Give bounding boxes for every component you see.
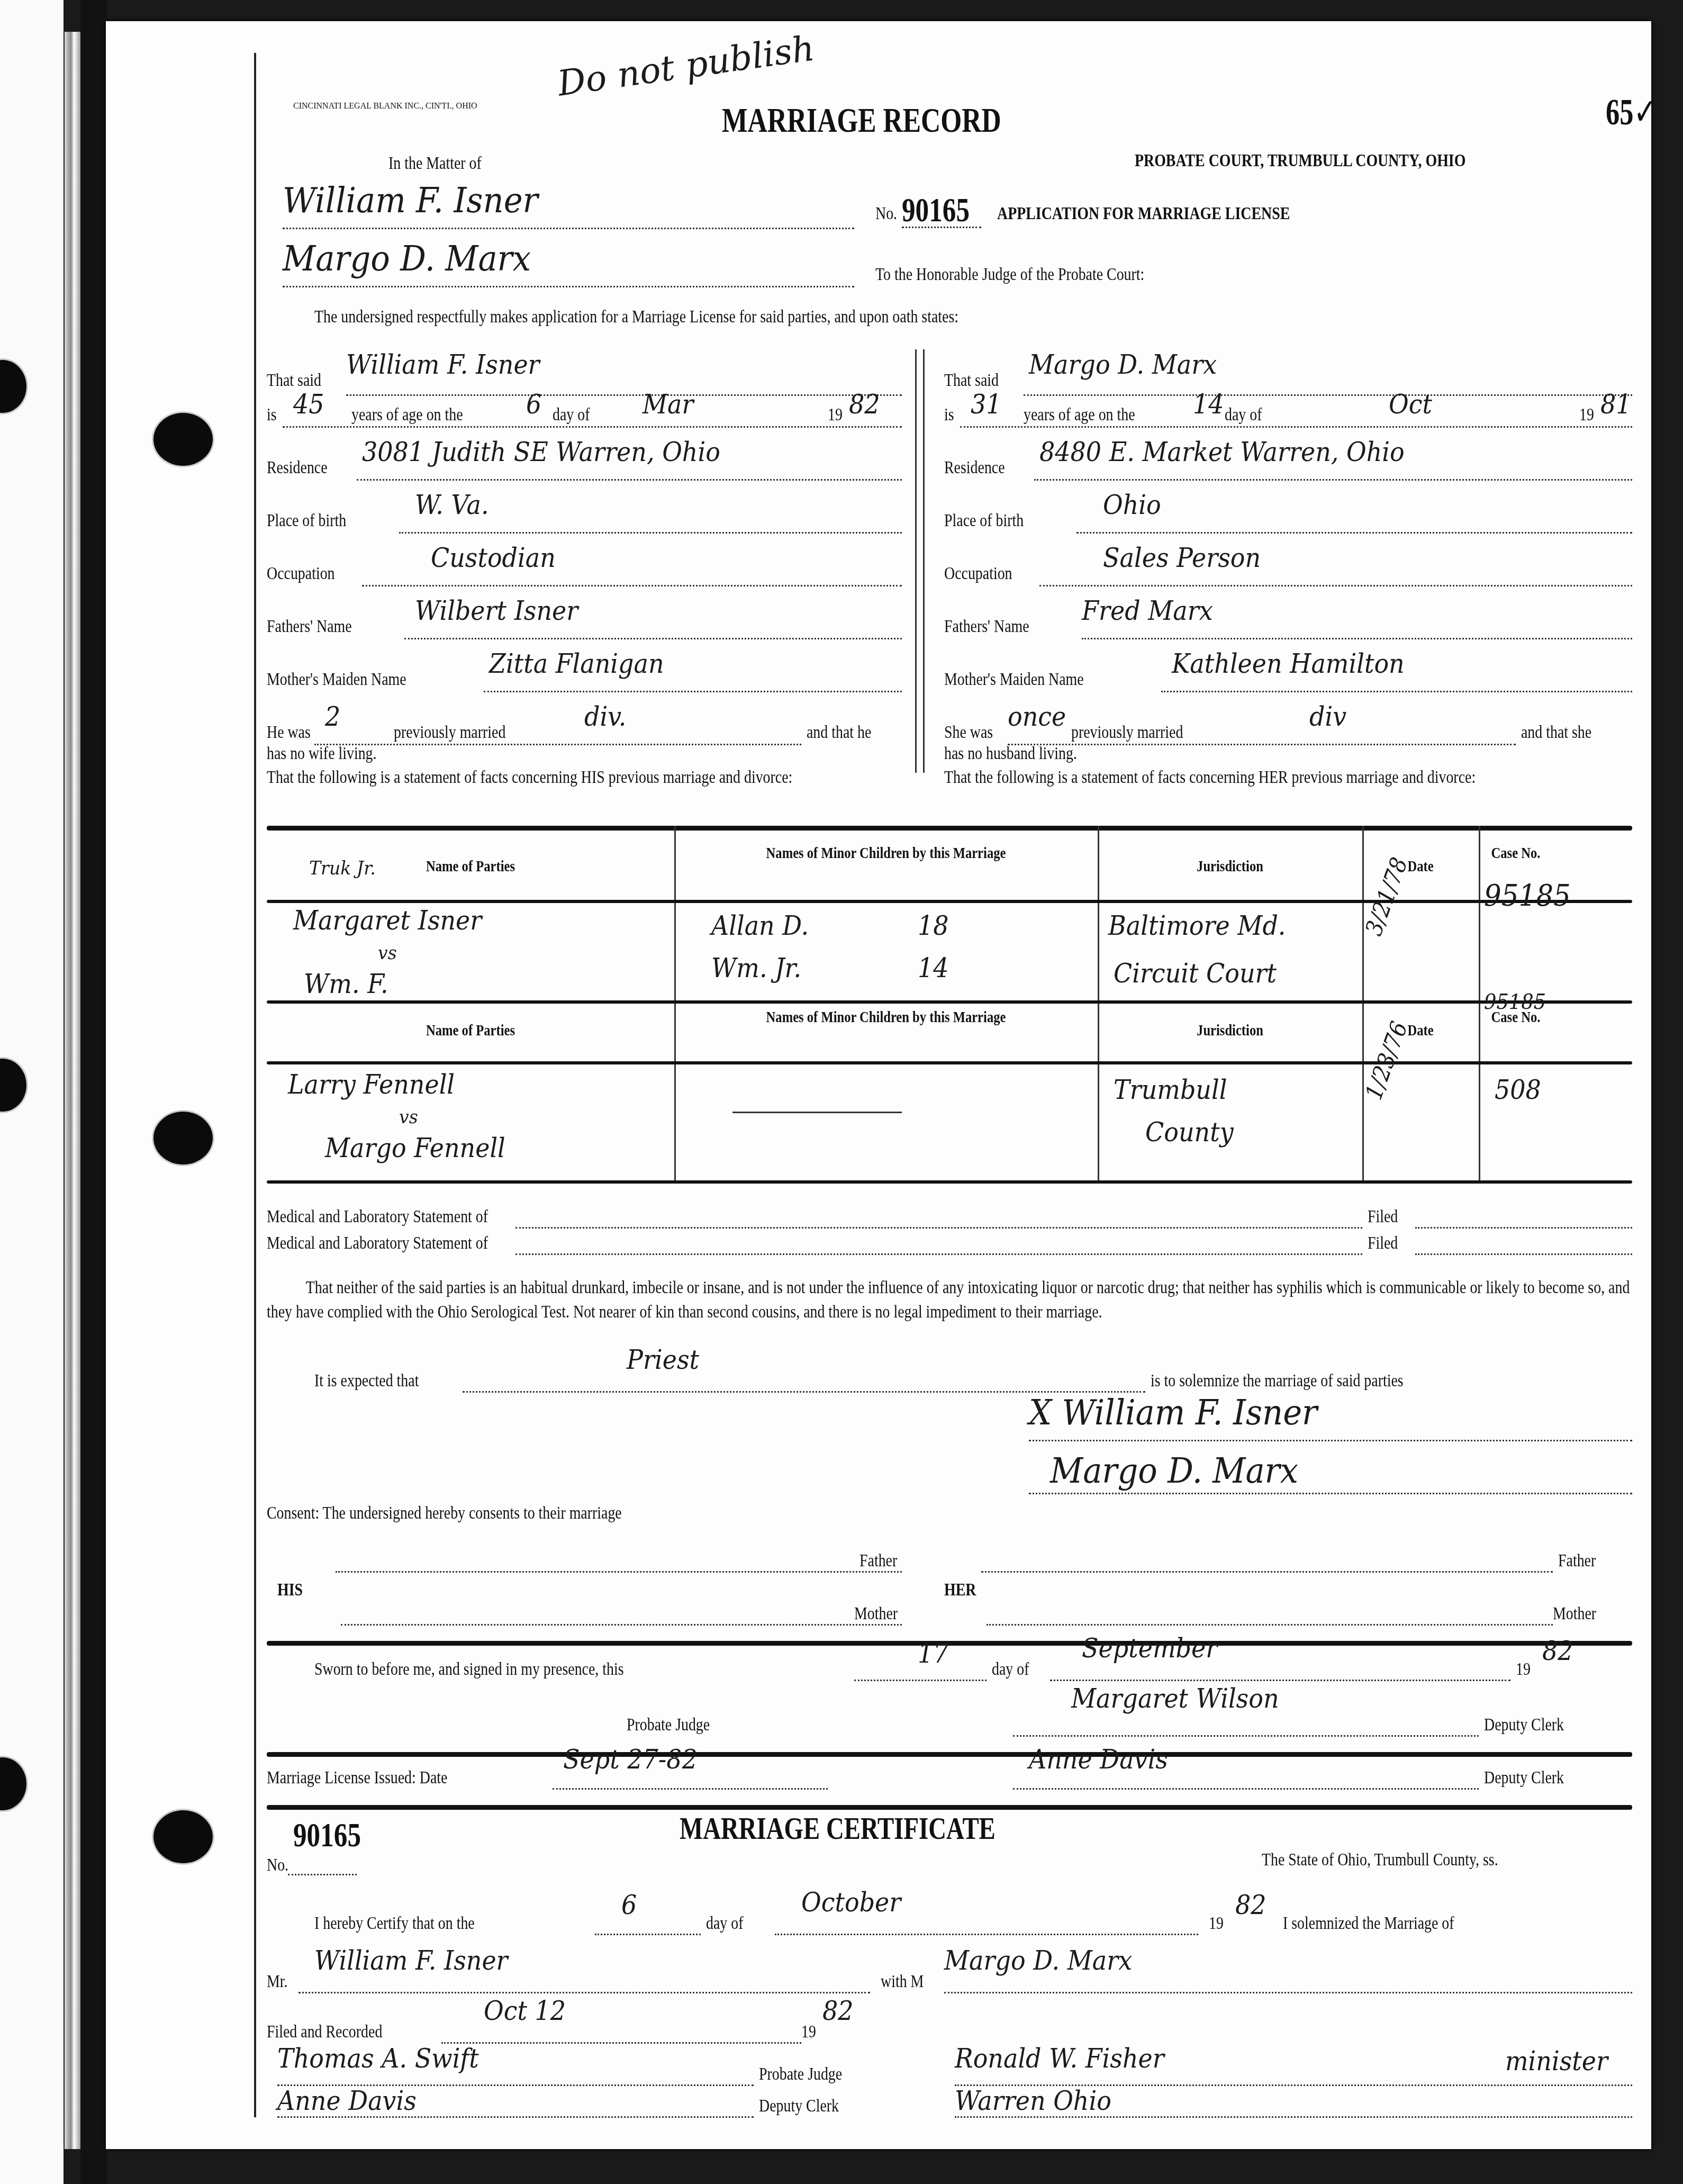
officiant-signature: Ronald W. Fisher [955, 2043, 1164, 2074]
residence-label: Residence [267, 458, 328, 478]
bride-signature: Margo D. Marx [1050, 1450, 1298, 1491]
page-number: 65✓ [1606, 90, 1657, 134]
matter-party-bride: Margo D. Marx [283, 238, 531, 279]
printer-imprint: CINCINNATI LEGAL BLANK INC., CIN'TI., OH… [293, 102, 477, 111]
license-issued-date: Sept 27-82 [563, 1744, 698, 1775]
probate-judge-label: Probate Judge [627, 1715, 710, 1735]
sworn-month: September [1082, 1633, 1217, 1664]
filed-label: Filed [1368, 1207, 1398, 1227]
col-header-minor-children: Names of Minor Children by this Marriage [712, 844, 1060, 862]
marriage-record-page: CINCINNATI LEGAL BLANK INC., CIN'TI., OH… [106, 21, 1651, 2149]
binder-hole [0, 360, 26, 413]
solemnize-prefix: It is expected that [314, 1371, 419, 1391]
no-wife-living: has no wife living. [267, 744, 377, 764]
deputy-clerk-label: Deputy Clerk [1484, 1768, 1564, 1788]
court-name: PROBATE COURT, TRUMBULL COUNTY, OHIO [1135, 151, 1465, 171]
filed-recorded-label: Filed and Recorded [267, 2022, 382, 2042]
certificate-day: 6 [621, 1890, 637, 1920]
solemnize-suffix: is to solemnize the marriage of said par… [1151, 1371, 1404, 1391]
sworn-deputy-clerk-signature: Margaret Wilson [1071, 1683, 1279, 1714]
fathers-name-label: Fathers' Name [944, 617, 1029, 637]
her-statement-heading: That the following is a statement of fac… [944, 768, 1630, 788]
bride-birth-month: Oct [1389, 389, 1432, 420]
is-label: is [267, 405, 277, 425]
his-statement-heading: That the following is a statement of fac… [267, 768, 896, 788]
application-intro: The undersigned respectfully makes appli… [314, 307, 958, 327]
certify-suffix: I solemnized the Marriage of [1283, 1914, 1454, 1934]
col-header-jurisdiction: Jurisdiction [1121, 1022, 1338, 1040]
previously-married-label: previously married [394, 723, 505, 743]
day-of-label: day of [706, 1914, 743, 1934]
col-header-minor-children: Names of Minor Children by this Marriage [712, 1008, 1060, 1026]
filed-label: Filed [1368, 1233, 1398, 1253]
is-label: is [944, 405, 954, 425]
page-title: MARRIAGE RECORD [722, 101, 1001, 141]
certificate-number: 90165 [293, 1816, 361, 1855]
year-prefix: 19 [1579, 405, 1594, 425]
child-name: Allan D. [711, 910, 809, 941]
his-divorce-date: 3/21/78 [1360, 854, 1413, 939]
sworn-day: 17 [918, 1638, 949, 1669]
bride-year: 81 [1600, 389, 1632, 420]
vs-label: vs [378, 942, 397, 964]
no-husband-living: has no husband living. [944, 744, 1077, 764]
day-of-label: day of [553, 405, 590, 425]
vs-label: vs [399, 1106, 418, 1128]
groom-name: William F. Isner [346, 349, 540, 380]
her-father-label: Father [1558, 1551, 1596, 1571]
officiant-title: minister [1505, 2046, 1608, 2077]
margin-note: Truk Jr. [309, 858, 376, 879]
groom-fathers-name: Wilbert Isner [415, 595, 578, 626]
groom-mothers-maiden-name: Zitta Flanigan [489, 648, 664, 679]
oath-text: That neither of the said parties is an h… [267, 1276, 1634, 1324]
sworn-prefix: Sworn to before me, and signed in my pre… [314, 1659, 624, 1680]
groom-occupation: Custodian [431, 543, 556, 573]
bride-name: Margo D. Marx [1029, 349, 1217, 380]
case-no-overwrite: 95185 [1484, 990, 1546, 1014]
col-header-jurisdiction: Jurisdiction [1121, 858, 1338, 876]
page-number-value: 65 [1606, 92, 1634, 133]
his-jurisdiction: Baltimore Md. [1108, 910, 1286, 941]
his-party-1: Margaret Isner [293, 905, 482, 936]
her-jurisdiction: Trumbull [1114, 1075, 1227, 1105]
her-case-no: 508 [1495, 1075, 1541, 1105]
mothers-maiden-name-label: Mother's Maiden Name [944, 670, 1084, 690]
mr-label: Mr. [267, 1972, 288, 1992]
his-father-label: Father [859, 1551, 897, 1571]
officiant-location: Warren Ohio [955, 2086, 1111, 2116]
bride-age: 31 [971, 389, 1002, 420]
col-header-case-no: Case No. [1486, 844, 1546, 862]
bride-fathers-name: Fred Marx [1082, 595, 1213, 626]
filed-recorded-date: Oct 12 [484, 1996, 566, 2026]
groom-signature: X William F. Isner [1029, 1392, 1317, 1433]
groom-age: 45 [293, 389, 324, 420]
occupation-label: Occupation [267, 564, 335, 584]
license-issued-label: Marriage License Issued: Date [267, 1768, 447, 1788]
do-not-publish-annotation: Do not publish [555, 28, 817, 104]
that-said-label: That said [267, 371, 321, 391]
that-said-label: That said [944, 371, 999, 391]
bride-birth-day: 14 [1193, 389, 1224, 420]
bride-occupation: Sales Person [1103, 543, 1261, 573]
groom-residence: 3081 Judith SE Warren, Ohio [362, 437, 720, 467]
with-label: with M [881, 1972, 924, 1992]
binder-hole [153, 413, 213, 466]
her-divorce-date: 1/23/76 [1360, 1018, 1413, 1103]
col-header-name-of-parties: Name of Parties [303, 1022, 637, 1040]
certificate-jurisdiction: The State of Ohio, Trumbull County, ss. [1262, 1850, 1498, 1870]
place-of-birth-label: Place of birth [267, 511, 346, 531]
addressee: To the Honorable Judge of the Probate Co… [875, 265, 1144, 285]
previous-page-edge [0, 0, 64, 2184]
bride-place-of-birth: Ohio [1103, 490, 1161, 520]
certificate-groom: William F. Isner [314, 1945, 508, 1976]
probate-judge-label: Probate Judge [759, 2064, 842, 2084]
certify-prefix: I hereby Certify that on the [314, 1914, 475, 1934]
he-was-label: He was [267, 723, 311, 743]
form-body: CINCINNATI LEGAL BLANK INC., CIN'TI., OH… [254, 53, 1643, 2117]
expected-officiant: Priest [627, 1344, 699, 1375]
his-case-no: 95185 [1484, 879, 1571, 913]
column-divider [915, 349, 925, 773]
binder-spine [80, 0, 107, 2184]
year-prefix: 19 [828, 405, 843, 425]
day-of-label: day of [1225, 405, 1262, 425]
child-age: 14 [918, 953, 949, 983]
record-number: 90165 [902, 191, 970, 230]
bride-times-married: once [1008, 701, 1066, 732]
certificate-deputy-clerk-signature: Anne Davis [277, 2086, 417, 2116]
her-party-1: Larry Fennell [288, 1069, 455, 1100]
matter-party-groom: William F. Isner [283, 180, 538, 221]
groom-times-married: 2 [325, 701, 340, 732]
previously-married-label: previously married [1071, 723, 1183, 743]
her-mother-label: Mother [1553, 1604, 1596, 1624]
bride-previous-status: div [1309, 701, 1346, 732]
groom-birth-month: Mar [643, 389, 694, 420]
bride-mothers-maiden-name: Kathleen Hamilton [1172, 648, 1405, 679]
binder-hole [0, 1059, 26, 1112]
certificate-year: 82 [1235, 1890, 1266, 1920]
her-party-2: Margo Fennell [325, 1133, 505, 1163]
she-was-label: She was [944, 723, 993, 743]
child-name: Wm. Jr. [711, 953, 801, 983]
child-age: 18 [918, 910, 949, 941]
in-the-matter-of-label: In the Matter of [388, 154, 482, 174]
filed-recorded-year: 82 [822, 1996, 854, 2026]
day-of-label: day of [992, 1659, 1029, 1680]
page-stack-edge [65, 32, 80, 2149]
groom-birth-day: 6 [526, 389, 541, 420]
fathers-name-label: Fathers' Name [267, 617, 352, 637]
groom-year: 82 [849, 389, 880, 420]
her-consent-label: HER [944, 1580, 976, 1600]
binder-hole [0, 1757, 26, 1810]
probate-judge-signature: Thomas A. Swift [277, 2043, 479, 2074]
place-of-birth-label: Place of birth [944, 511, 1024, 531]
medical-statement-label: Medical and Laboratory Statement of [267, 1207, 488, 1227]
no-label: No. [875, 204, 897, 224]
certificate-bride: Margo D. Marx [944, 1945, 1132, 1976]
license-deputy-clerk-signature: Anne Davis [1029, 1744, 1168, 1775]
and-that-she-label: and that she [1521, 723, 1591, 743]
check-mark-icon: ✓ [1634, 92, 1657, 133]
his-court: Circuit Court [1114, 958, 1277, 989]
deputy-clerk-label: Deputy Clerk [759, 2096, 839, 2116]
his-party-2: Wm. F. [304, 969, 388, 999]
occupation-label: Occupation [944, 564, 1012, 584]
binder-hole [153, 1112, 213, 1165]
certificate-title: MARRIAGE CERTIFICATE [680, 1810, 996, 1847]
bride-residence: 8480 E. Market Warren, Ohio [1039, 437, 1405, 467]
and-that-he-label: and that he [807, 723, 871, 743]
her-county: County [1145, 1117, 1234, 1148]
his-mother-label: Mother [854, 1604, 898, 1624]
certificate-month: October [801, 1887, 901, 1918]
deputy-clerk-label: Deputy Clerk [1484, 1715, 1564, 1735]
year-prefix: 19 [1516, 1659, 1531, 1680]
year-prefix: 19 [1209, 1914, 1224, 1934]
medical-statement-label: Medical and Laboratory Statement of [267, 1233, 488, 1253]
consent-label: Consent: The undersigned hereby consents… [267, 1503, 622, 1523]
groom-place-of-birth: W. Va. [415, 490, 489, 520]
years-label: years of age on the [351, 405, 463, 425]
no-label: No. [267, 1855, 288, 1875]
residence-label: Residence [944, 458, 1005, 478]
sworn-year: 82 [1542, 1636, 1573, 1666]
binder-hole [153, 1810, 213, 1863]
groom-previous-status: div. [584, 701, 626, 732]
application-title: APPLICATION FOR MARRIAGE LICENSE [997, 204, 1290, 224]
years-label: years of age on the [1024, 405, 1135, 425]
no-children-dash [732, 1112, 902, 1113]
mothers-maiden-name-label: Mother's Maiden Name [267, 670, 406, 690]
year-prefix: 19 [801, 2022, 816, 2042]
his-consent-label: HIS [277, 1580, 303, 1600]
